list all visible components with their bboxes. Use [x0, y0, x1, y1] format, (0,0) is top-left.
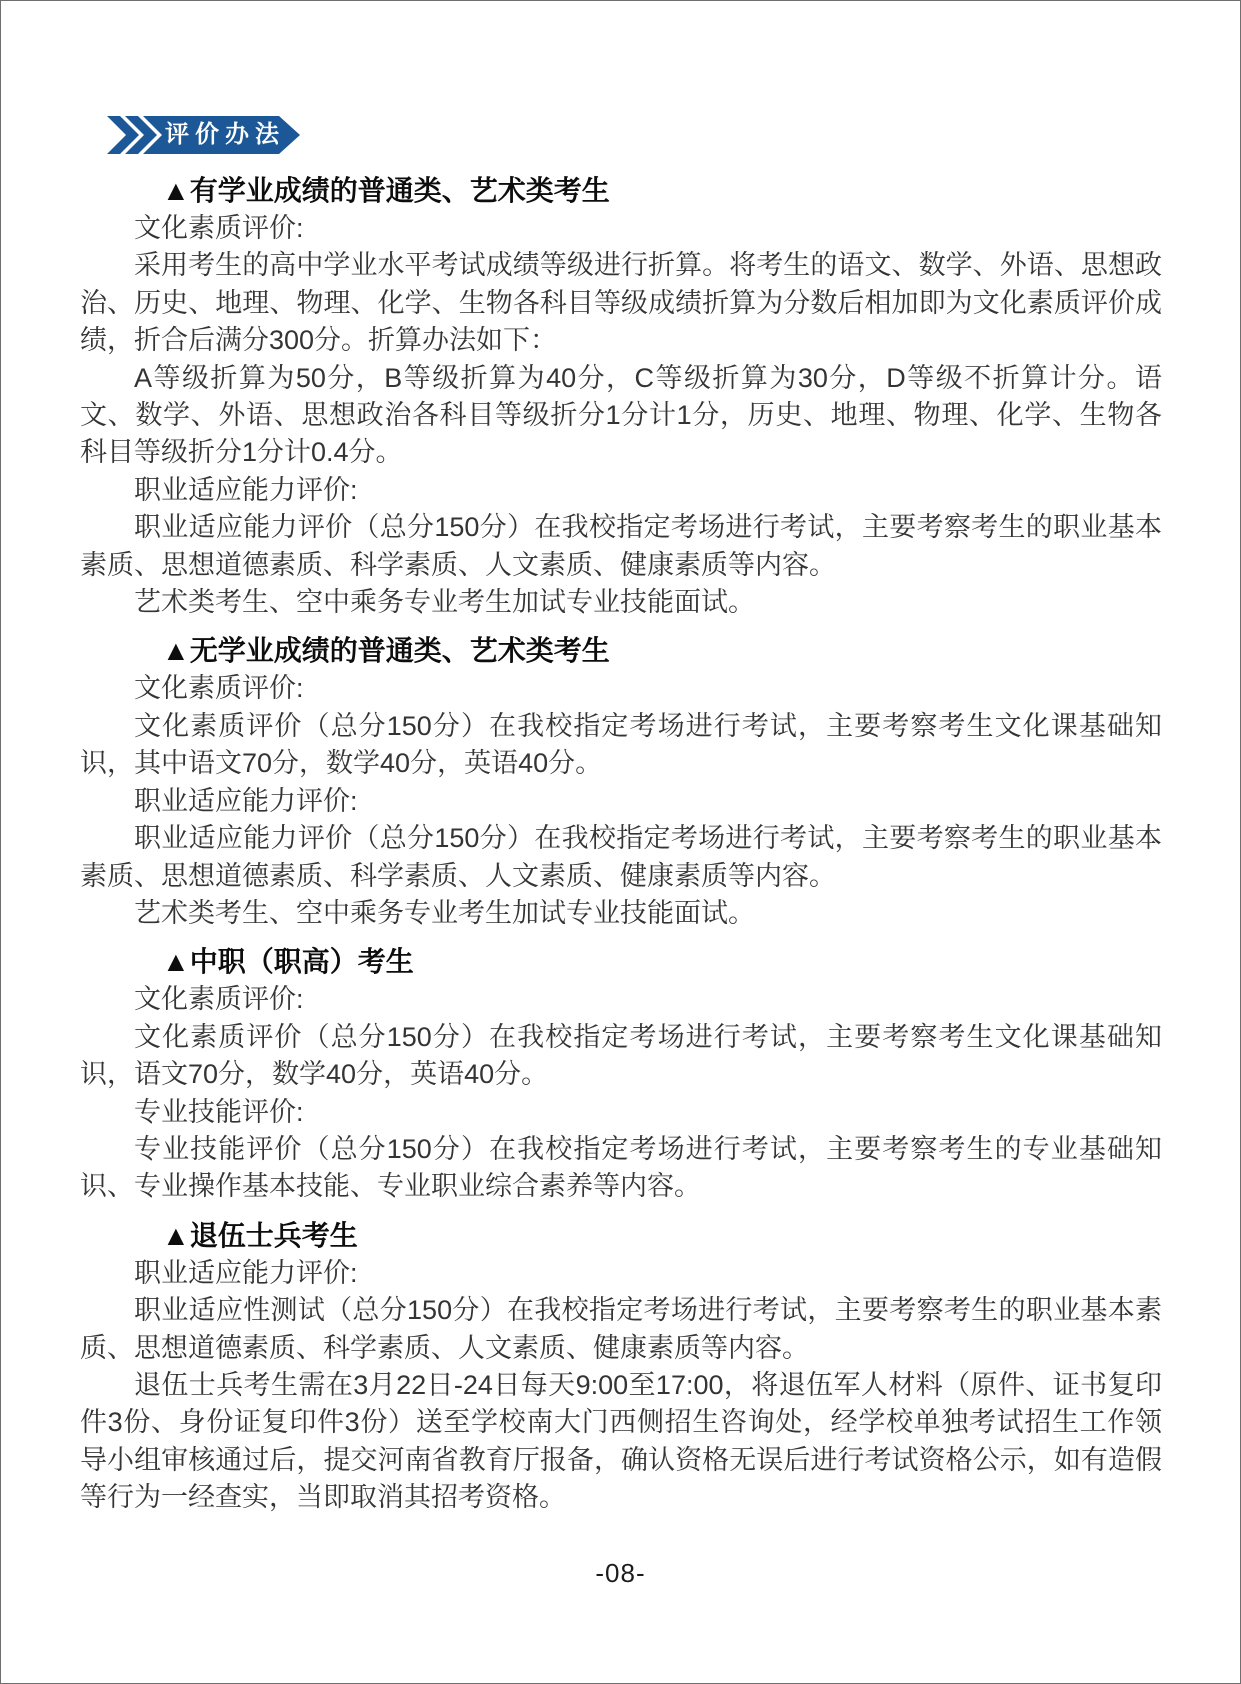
paragraph: 职业适应能力评价（总分150分）在我校指定考场进行考试，主要考察考生的职业基本素…: [80, 820, 1162, 895]
paragraph: 职业适应能力评价（总分150分）在我校指定考场进行考试，主要考察考生的职业基本素…: [80, 509, 1162, 584]
section-heading: ▲退伍士兵考生: [162, 1217, 1162, 1255]
paragraph: 艺术类考生、空中乘务专业考生加试专业技能面试。: [80, 584, 1162, 621]
paragraph: 采用考生的高中学业水平考试成绩等级进行折算。将考生的语文、数学、外语、思想政治、…: [80, 247, 1162, 359]
paragraph: 文化素质评价:: [80, 210, 1162, 247]
section-heading: ▲中职（职高）考生: [162, 943, 1162, 981]
paragraph: 文化素质评价:: [80, 670, 1162, 707]
paragraph: 职业适应性测试（总分150分）在我校指定考场进行考试，主要考察考生的职业基本素质…: [80, 1292, 1162, 1367]
paragraph: 艺术类考生、空中乘务专业考生加试专业技能面试。: [80, 895, 1162, 932]
paragraph: 文化素质评价:: [80, 981, 1162, 1018]
paragraph: 退伍士兵考生需在3月22日-24日每天9:00至17:00，将退伍军人材料（原件…: [80, 1367, 1162, 1517]
content-area: ▲有学业成绩的普通类、艺术类考生文化素质评价:采用考生的高中学业水平考试成绩等级…: [1, 1, 1240, 1517]
paragraph: A等级折算为50分，B等级折算为40分，C等级折算为30分，D等级不折算计分。语…: [80, 360, 1162, 472]
paragraph: 文化素质评价（总分150分）在我校指定考场进行考试，主要考察考生文化课基础知识，…: [80, 708, 1162, 783]
paragraph: 职业适应能力评价:: [80, 472, 1162, 509]
section-heading: ▲无学业成绩的普通类、艺术类考生: [162, 632, 1162, 670]
section-heading: ▲有学业成绩的普通类、艺术类考生: [162, 172, 1162, 210]
paragraph: 职业适应能力评价:: [80, 1255, 1162, 1292]
paragraph: 专业技能评价:: [80, 1094, 1162, 1131]
paragraph: 文化素质评价（总分150分）在我校指定考场进行考试，主要考察考生文化课基础知识，…: [80, 1019, 1162, 1094]
paragraph: 专业技能评价（总分150分）在我校指定考场进行考试，主要考察考生的专业基础知识、…: [80, 1131, 1162, 1206]
document-page: 评价办法 ▲有学业成绩的普通类、艺术类考生文化素质评价:采用考生的高中学业水平考…: [0, 0, 1241, 1684]
paragraph: 职业适应能力评价:: [80, 783, 1162, 820]
page-number: -08-: [1, 1558, 1240, 1589]
